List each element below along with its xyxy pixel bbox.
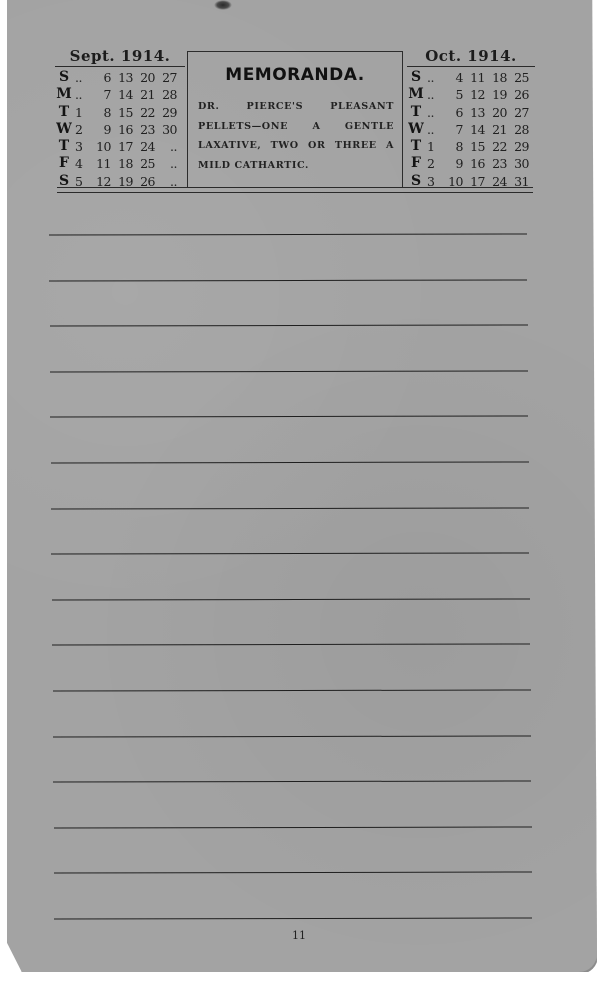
calendar-rule [407, 66, 535, 67]
calendar-date: .. [155, 138, 177, 155]
calendar-date: 22 [133, 104, 155, 121]
calendar-date: 19 [485, 86, 507, 103]
calendar-date: 1 [73, 104, 89, 121]
ruled-line [54, 826, 532, 828]
calendar-week-row: F29162330 [407, 155, 535, 172]
weekday-label: W [55, 121, 73, 138]
calendar-date: 29 [507, 138, 529, 155]
weekday-label: M [55, 86, 73, 103]
calendar-date: 7 [89, 86, 111, 103]
calendar-date: 10 [89, 138, 111, 155]
calendar-date: 4 [73, 155, 89, 172]
calendar-date: 12 [463, 86, 485, 103]
calendar-date: 7 [441, 121, 463, 138]
calendar-week-row: T3101724.. [55, 138, 185, 155]
weekday-label: F [407, 155, 425, 172]
weekday-label: M [407, 86, 425, 103]
calendar-date: 2 [425, 155, 441, 172]
calendar-date: 9 [441, 155, 463, 172]
calendar-date: 15 [111, 104, 133, 121]
calendar-date: 16 [111, 121, 133, 138]
calendar-date: 20 [485, 104, 507, 121]
calendar-date: 5 [441, 86, 463, 103]
ruled-line [52, 689, 530, 691]
calendar-date: 25 [133, 155, 155, 172]
ruled-line [49, 279, 527, 281]
calendar-date: .. [73, 86, 89, 103]
memoranda-box: MEMORANDA. DR. PIERCE'S PLEASANT PELLETS… [187, 51, 403, 188]
header-rule-bottom [57, 192, 533, 193]
calendar-date: 16 [463, 155, 485, 172]
calendar-september: Sept. 1914. S..6132027M..7142128T1815222… [55, 46, 185, 190]
calendar-week-row: M..5121926 [407, 86, 535, 103]
ruled-line [53, 781, 531, 783]
header-rule-top [57, 187, 533, 188]
ruled-line [53, 735, 531, 737]
ruled-line [50, 370, 528, 372]
calendar-october: Oct. 1914. S..4111825M..5121926T..613202… [407, 46, 535, 190]
calendar-rule [55, 66, 185, 67]
calendar-week-row: F4111825.. [55, 155, 185, 172]
calendar-date: 15 [463, 138, 485, 155]
calendar-date: 27 [155, 69, 177, 86]
ruled-line [52, 598, 530, 600]
calendar-date: 11 [89, 155, 111, 172]
calendar-date: 28 [507, 121, 529, 138]
calendar-date: .. [73, 69, 89, 86]
calendar-week-row: W29162330 [55, 121, 185, 138]
calendar-date: .. [425, 86, 441, 103]
calendar-date: 25 [507, 69, 529, 86]
ruled-line [51, 507, 529, 509]
calendar-date: 22 [485, 138, 507, 155]
ruled-line [54, 872, 532, 874]
calendar-grid: S..4111825M..5121926T..6132027W..7142128… [407, 69, 535, 190]
calendar-date: 9 [89, 121, 111, 138]
ruled-line [50, 416, 528, 418]
weekday-label: T [407, 104, 425, 121]
weekday-label: T [55, 104, 73, 121]
calendar-date: 27 [507, 104, 529, 121]
calendar-date: .. [425, 104, 441, 121]
calendar-date: 6 [89, 69, 111, 86]
ruled-line [50, 325, 528, 327]
calendar-date: 18 [111, 155, 133, 172]
calendar-date: 21 [133, 86, 155, 103]
calendar-date: 26 [507, 86, 529, 103]
calendar-date: 6 [441, 104, 463, 121]
calendar-week-row: T..6132027 [407, 104, 535, 121]
ruled-line [49, 233, 527, 235]
calendar-week-row: M..7142128 [55, 86, 185, 103]
ruled-line [52, 644, 530, 646]
calendar-date: 29 [155, 104, 177, 121]
calendar-grid: S..6132027M..7142128T18152229W29162330T3… [55, 69, 185, 190]
calendar-date: 1 [425, 138, 441, 155]
calendar-date: 24 [133, 138, 155, 155]
calendar-date: 3 [73, 138, 89, 155]
memo-title: MEMORANDA. [188, 65, 402, 85]
calendar-date: 28 [155, 86, 177, 103]
calendar-week-row: S..6132027 [55, 69, 185, 86]
calendar-date: 21 [485, 121, 507, 138]
calendar-date: 30 [507, 155, 529, 172]
ruled-line [51, 461, 529, 463]
calendar-date: 11 [463, 69, 485, 86]
calendar-date: .. [425, 121, 441, 138]
ruled-line [51, 553, 529, 555]
calendar-week-row: T18152229 [55, 104, 185, 121]
weekday-label: T [55, 138, 73, 155]
calendar-date: 23 [133, 121, 155, 138]
calendar-date: 30 [155, 121, 177, 138]
calendar-date: 13 [463, 104, 485, 121]
ruled-line [54, 917, 532, 919]
calendar-title: Sept. 1914. [55, 46, 185, 66]
weekday-label: F [55, 155, 73, 172]
weekday-label: T [407, 138, 425, 155]
calendar-date: .. [425, 69, 441, 86]
calendar-date: 4 [441, 69, 463, 86]
calendar-date: 17 [111, 138, 133, 155]
weekday-label: S [407, 69, 425, 86]
memo-advert-text: DR. PIERCE'S PLEASANT PELLETS—ONE A GENT… [198, 97, 394, 175]
calendar-date: 8 [441, 138, 463, 155]
calendar-week-row: T18152229 [407, 138, 535, 155]
calendar-week-row: S..4111825 [407, 69, 535, 86]
calendar-date: 13 [111, 69, 133, 86]
weekday-label: S [55, 69, 73, 86]
weekday-label: W [407, 121, 425, 138]
calendar-date: 14 [111, 86, 133, 103]
calendar-date: 8 [89, 104, 111, 121]
calendar-date: 2 [73, 121, 89, 138]
tack-mark [214, 0, 232, 10]
calendar-date: 18 [485, 69, 507, 86]
calendar-week-row: W..7142128 [407, 121, 535, 138]
calendar-title: Oct. 1914. [407, 46, 535, 66]
calendar-date: .. [155, 155, 177, 172]
page-number: 11 [287, 929, 311, 942]
calendar-date: 23 [485, 155, 507, 172]
calendar-date: 14 [463, 121, 485, 138]
calendar-date: 20 [133, 69, 155, 86]
memoranda-page: Sept. 1914. S..6132027M..7142128T1815222… [7, 0, 597, 972]
